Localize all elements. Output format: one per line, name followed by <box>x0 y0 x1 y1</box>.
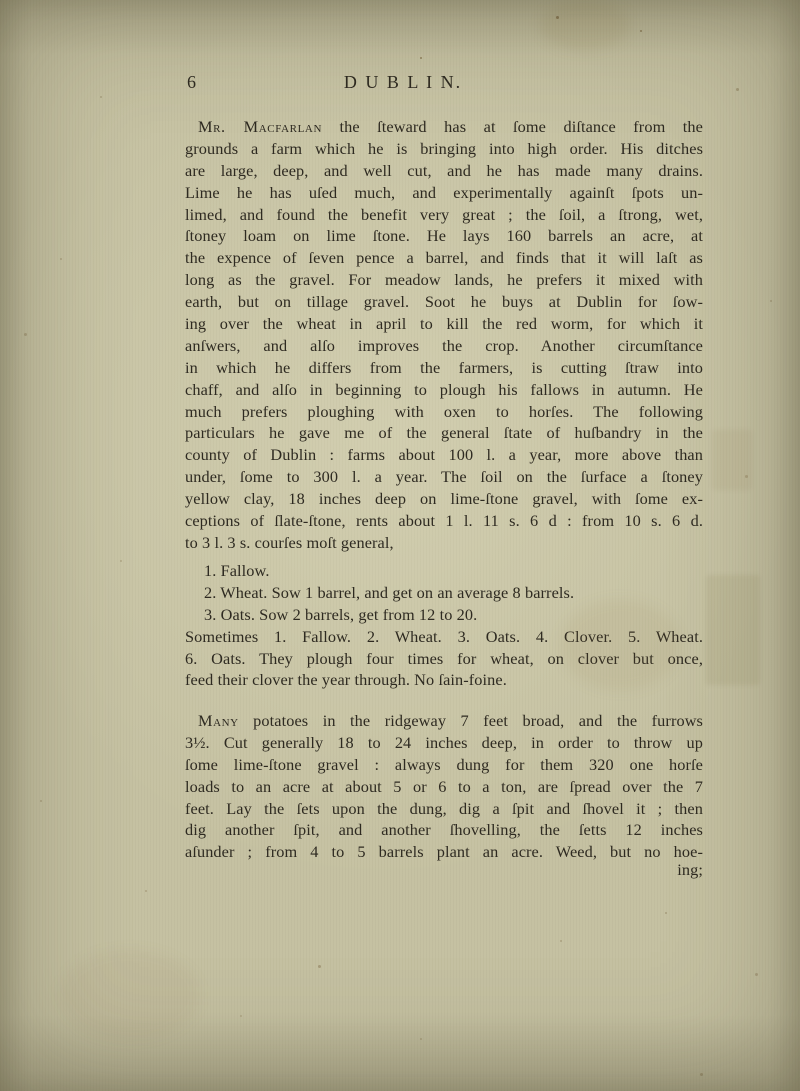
paragraph-potatoes: Many potatoes in the ridgeway 7 feet bro… <box>185 710 703 863</box>
text-line: grounds a farm which he is bringing into… <box>185 138 703 160</box>
text-line: feed their clover the year through. No ſ… <box>185 669 703 691</box>
text-line: the expence of ſeven pence a barrel, and… <box>185 247 703 269</box>
show-through-smudge <box>706 575 760 685</box>
text-line-rest: potatoes in the ridgeway 7 feet broad, a… <box>239 711 703 730</box>
paper-speck <box>556 16 559 19</box>
lead-small-caps: Many <box>198 711 239 730</box>
text-line: county of Dublin : farms about 100 l. a … <box>185 444 703 466</box>
text-line: are large, deep, and well cut, and he ha… <box>185 160 703 182</box>
paper-speck <box>100 96 102 98</box>
paper-speck <box>40 800 42 802</box>
text-line: feet. Lay the ſets upon the dung, dig a … <box>185 798 703 820</box>
text-line: long as the gravel. For meadow lands, he… <box>185 269 703 291</box>
text-line: earth, but on tillage gravel. Soot he bu… <box>185 291 703 313</box>
text-line: 6. Oats. They plough four times for whea… <box>185 648 703 670</box>
book-page-scan: 6 D U B L I N. Mr. Macfarlan the ſteward… <box>0 0 800 1091</box>
text-line: limed, and found the benefit very great … <box>185 204 703 226</box>
paper-speck <box>755 973 758 976</box>
paper-speck <box>420 57 422 59</box>
paper-speck <box>24 333 27 336</box>
text-line-rest: the ſteward has at ſome diſtance from th… <box>322 117 703 136</box>
running-head: 6 D U B L I N. <box>185 72 703 94</box>
paper-speck <box>770 300 772 302</box>
paper-speck <box>60 258 62 260</box>
text-line: much prefers ploughing with oxen to horſ… <box>185 401 703 423</box>
course-item: 2. Wheat. Sow 1 barrel, and get on an av… <box>185 582 703 604</box>
text-line: under, ſome to 300 l. a year. The ſoil o… <box>185 466 703 488</box>
lead-small-caps: Mr. Macfarlan <box>198 117 322 136</box>
paper-speck <box>640 30 642 32</box>
text-line: to 3 l. 3 s. courſes moſt general, <box>185 532 703 554</box>
text-line: ceptions of ſlate-ſtone, rents about 1 l… <box>185 510 703 532</box>
text-line: ing over the wheat in april to kill the … <box>185 313 703 335</box>
paper-speck <box>745 475 748 478</box>
text-line: 3½. Cut generally 18 to 24 inches deep, … <box>185 732 703 754</box>
text-line: Many potatoes in the ridgeway 7 feet bro… <box>185 710 703 732</box>
text-line: ſome lime-ſtone gravel : always dung for… <box>185 754 703 776</box>
paper-speck <box>240 1015 242 1017</box>
running-title: D U B L I N. <box>344 72 462 93</box>
text-line: loads to an acre at about 5 or 6 to a to… <box>185 776 703 798</box>
paper-speck <box>665 912 667 914</box>
paragraph-macfarlan: Mr. Macfarlan the ſteward has at ſome di… <box>185 116 703 554</box>
catchword: ing; <box>185 859 710 881</box>
text-line: ſtoney loam on lime ſtone. He lays 160 b… <box>185 225 703 247</box>
paper-speck <box>145 890 147 892</box>
text-line: Sometimes 1. Fallow. 2. Wheat. 3. Oats. … <box>185 626 703 648</box>
page-number: 6 <box>187 72 196 93</box>
text-line: particulars he gave me of the general ſt… <box>185 422 703 444</box>
text-line: anſwers, and alſo improves the crop. Ano… <box>185 335 703 357</box>
paper-stain <box>60 950 200 1040</box>
course-item: 3. Oats. Sow 2 barrels, get from 12 to 2… <box>185 604 703 626</box>
crop-course-list: 1. Fallow. 2. Wheat. Sow 1 barrel, and g… <box>185 560 703 691</box>
text-line: Lime he has uſed much, and experimentall… <box>185 182 703 204</box>
text-line: Mr. Macfarlan the ſteward has at ſome di… <box>185 116 703 138</box>
text-line: dig another ſpit, and another ſhovelling… <box>185 819 703 841</box>
course-item: 1. Fallow. <box>185 560 703 582</box>
text-line: yellow clay, 18 inches deep on lime-ſton… <box>185 488 703 510</box>
paper-speck <box>700 1073 703 1076</box>
text-line: chaff, and alſo in beginning to plough h… <box>185 379 703 401</box>
paper-speck <box>318 965 321 968</box>
paper-stain <box>540 0 630 50</box>
paper-speck <box>120 560 122 562</box>
paper-speck <box>736 88 739 91</box>
show-through-smudge <box>712 430 752 490</box>
text-line: in which he differs from the farmers, is… <box>185 357 703 379</box>
paper-speck <box>420 1038 422 1040</box>
paper-speck <box>560 940 562 942</box>
